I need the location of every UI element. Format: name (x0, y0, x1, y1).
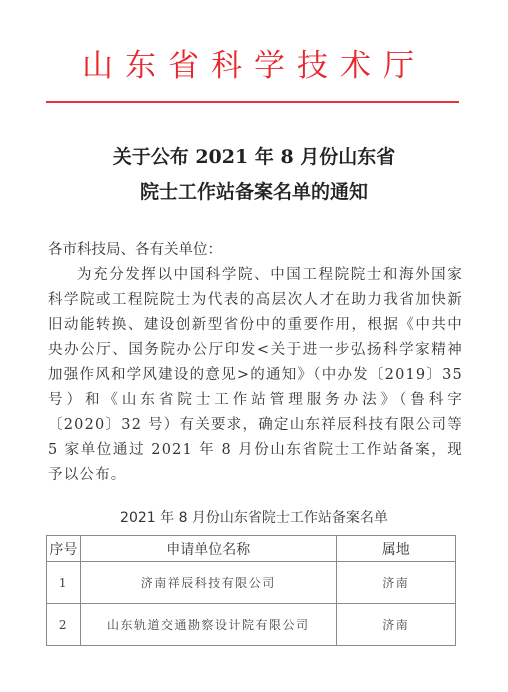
cell-applicant-name: 山东轨道交通勘察设计院有限公司 (80, 604, 336, 646)
letterhead-red-rule (46, 101, 459, 103)
table-row: 1 济南祥辰科技有限公司 济南 (47, 562, 456, 604)
table-title: 2021 年 8 月份山东省院士工作站备案名单 (0, 507, 508, 527)
header-serial-number: 序号 (47, 536, 81, 562)
document-title-line-2: 院士工作站备案名单的通知 (0, 177, 508, 204)
cell-serial-number: 1 (47, 562, 81, 604)
salutation: 各市科技局、各有关单位： (48, 238, 222, 259)
document-title-line-1: 关于公布 2021 年 8 月份山东省 (0, 142, 508, 169)
header-location: 属地 (336, 536, 455, 562)
cell-applicant-name: 济南祥辰科技有限公司 (80, 562, 336, 604)
body-paragraph: 为充分发挥以中国科学院、中国工程院院士和海外国家科学院或工程院院士为代表的高层次… (48, 263, 463, 488)
cell-location: 济南 (336, 562, 455, 604)
table-header-row: 序号 申请单位名称 属地 (47, 536, 456, 562)
registration-table: 序号 申请单位名称 属地 1 济南祥辰科技有限公司 济南 2 山东轨道交通勘察设… (46, 535, 456, 646)
table-row: 2 山东轨道交通勘察设计院有限公司 济南 (47, 604, 456, 646)
cell-location: 济南 (336, 604, 455, 646)
header-applicant-name: 申请单位名称 (80, 536, 336, 562)
cell-serial-number: 2 (47, 604, 81, 646)
letterhead-org-name: 山东省科学技术厅 (0, 40, 508, 85)
